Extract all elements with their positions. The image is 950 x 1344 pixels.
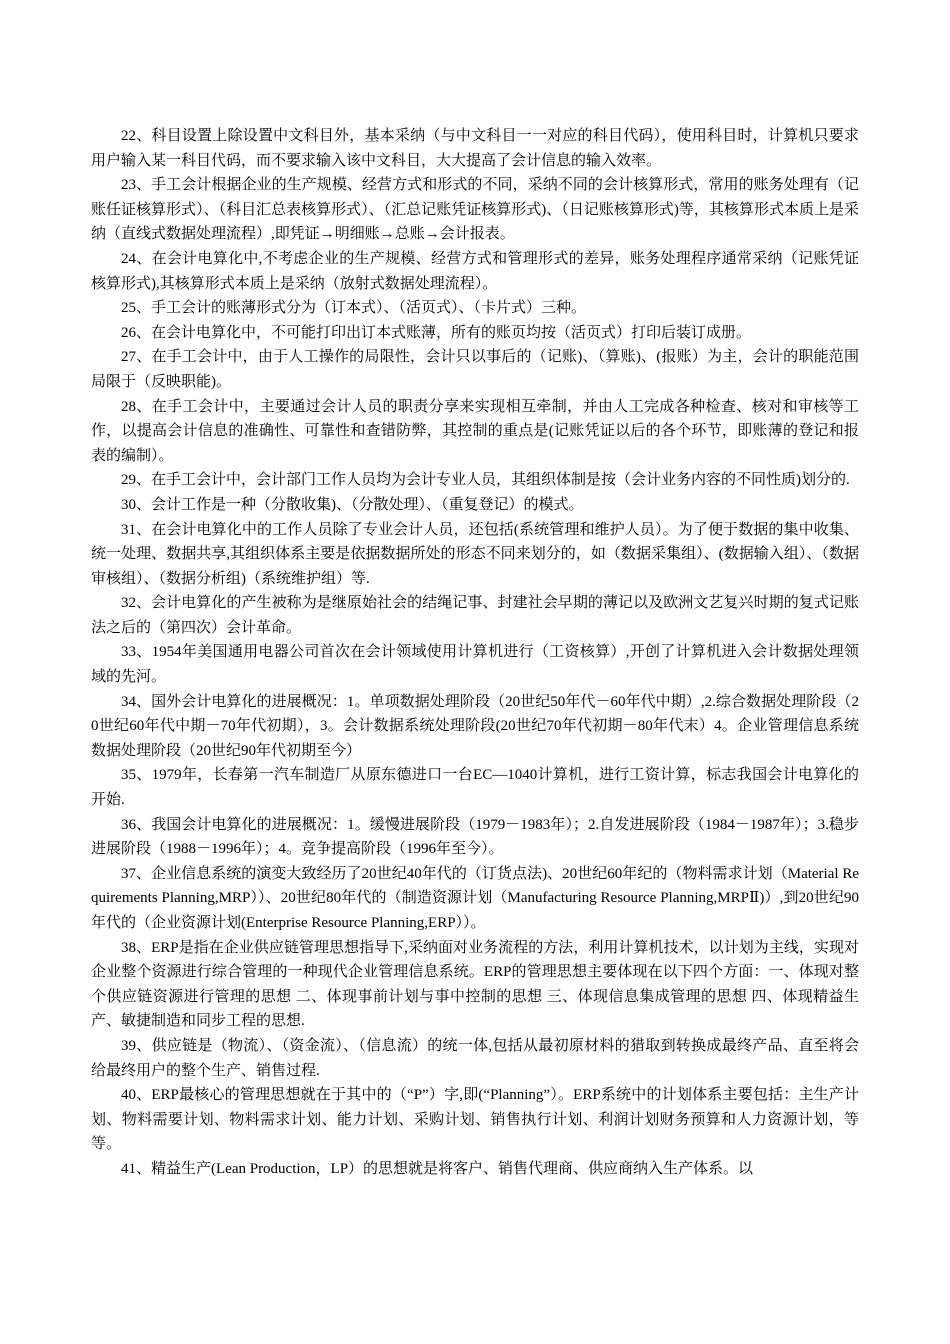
paragraph-38: 38、ERP是指在企业供应链管理思想指导下,采纳面对业务流程的方法，利用计算机技…: [91, 936, 859, 1034]
paragraph-28: 28、在手工会计中，主要通过会计人员的职责分享来实现相互牵制，并由人工完成各种检…: [91, 395, 859, 469]
paragraph-31: 31、在会计电算化中的工作人员除了专业会计人员，还包括(系统管理和维护人员）。为…: [91, 518, 859, 592]
paragraph-33: 33、1954年美国通用电器公司首次在会计领域使用计算机进行（工资核算）,开创了…: [91, 640, 859, 689]
paragraph-22: 22、科目设置上除设置中文科目外，基本采纳（与中文科目一一对应的科目代码），使用…: [91, 124, 859, 173]
paragraph-32: 32、会计电算化的产生被称为是继原始社会的结绳记事、封建社会早期的薄记以及欧洲文…: [91, 591, 859, 640]
paragraph-24: 24、在会计电算化中,不考虑企业的生产规模、经营方式和管理形式的差异，账务处理程…: [91, 247, 859, 296]
paragraph-29: 29、在手工会计中，会计部门工作人员均为会计专业人员，其组织体制是按（会计业务内…: [91, 468, 859, 493]
paragraph-35: 35、1979年，长春第一汽车制造厂从原东德进口一台EC—1040计算机，进行工…: [91, 763, 859, 812]
paragraph-36: 36、我国会计电算化的进展概况：1。缓慢进展阶段（1979－1983年）；2.自…: [91, 813, 859, 862]
document-page: 22、科目设置上除设置中文科目外，基本采纳（与中文科目一一对应的科目代码），使用…: [91, 124, 859, 1182]
paragraph-41: 41、精益生产(Lean Production，LP）的思想就是将客户、销售代理…: [91, 1157, 859, 1182]
paragraph-25: 25、手工会计的账薄形式分为（订本式）、（活页式）、（卡片式）三种。: [91, 296, 859, 321]
paragraph-40: 40、ERP最核心的管理思想就在于其中的（“P”）字,即(“Planning”）…: [91, 1083, 859, 1157]
paragraph-37: 37、企业信息系统的演变大致经历了20世纪40年代的（订货点法)、20世纪60年…: [91, 862, 859, 936]
paragraph-26: 26、在会计电算化中，不可能打印出订本式账薄，所有的账页均按（活页式）打印后装订…: [91, 321, 859, 346]
paragraph-34: 34、国外会计电算化的进展概况：1。单项数据处理阶段（20世纪50年代－60年代…: [91, 690, 859, 764]
paragraph-27: 27、在手工会计中，由于人工操作的局限性，会计只以事后的（记账)、（算账)、(报…: [91, 345, 859, 394]
paragraph-23: 23、手工会计根据企业的生产规模、经营方式和形式的不同，采纳不同的会计核算形式，…: [91, 173, 859, 247]
paragraph-30: 30、会计工作是一种（分散收集)、（分散处理）、（重复登记）的模式。: [91, 493, 859, 518]
paragraph-39: 39、供应链是（物流）、（资金流）、（信息流）的统一体,包括从最初原材料的猎取到…: [91, 1034, 859, 1083]
